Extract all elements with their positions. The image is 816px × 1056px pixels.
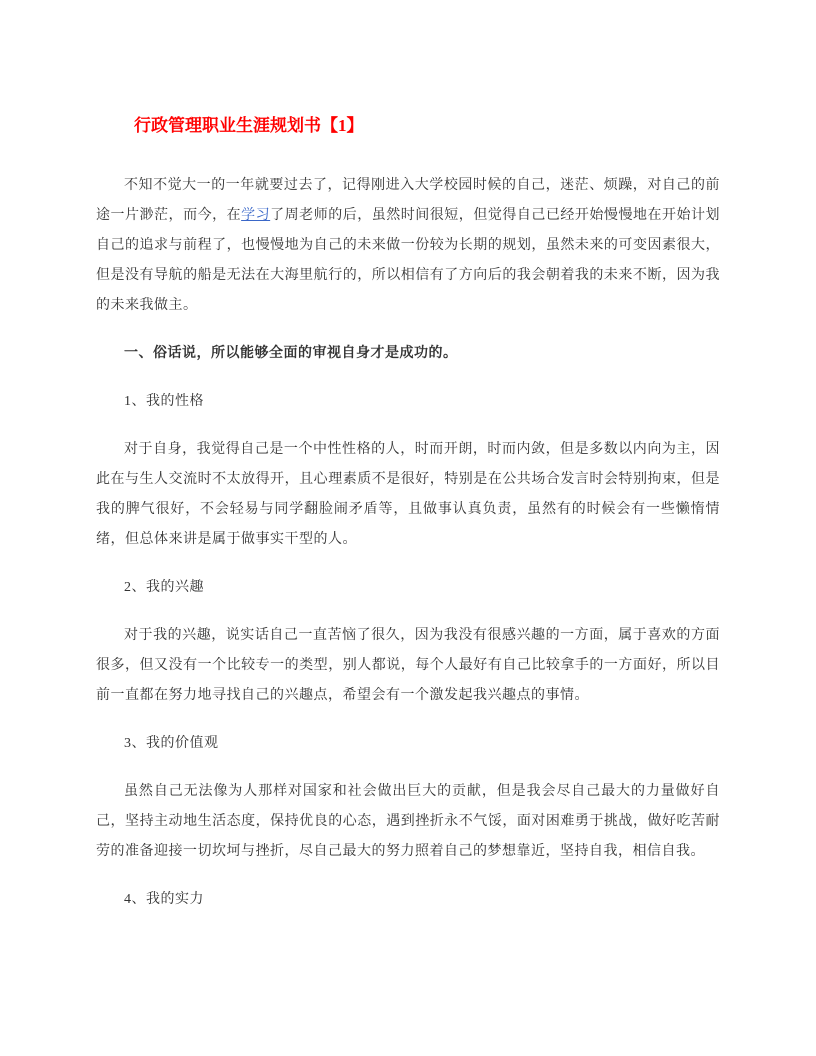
item-label-strength: 4、我的实力 bbox=[96, 885, 720, 915]
intro-paragraph: 不知不觉大一的一年就要过去了，记得刚进入大学校园时候的自己，迷茫、烦躁，对自己的… bbox=[96, 171, 720, 321]
document-title: 行政管理职业生涯规划书【1】 bbox=[96, 113, 720, 139]
section-heading: 一、俗话说，所以能够全面的审视自身才是成功的。 bbox=[96, 339, 720, 369]
item-label-values: 3、我的价值观 bbox=[96, 729, 720, 759]
item-body-values: 虽然自己无法像为人那样对国家和社会做出巨大的贡献，但是我会尽自己最大的力量做好自… bbox=[96, 777, 720, 867]
item-label-interests: 2、我的兴趣 bbox=[96, 573, 720, 603]
item-body-personality: 对于自身，我觉得自己是一个中性性格的人，时而开朗，时而内敛，但是多数以内向为主，… bbox=[96, 435, 720, 555]
intro-text-after-link: 了周老师的后，虽然时间很短，但觉得自己已经开始慢慢地在开始计划自己的追求与前程了… bbox=[96, 208, 720, 313]
document-page: 行政管理职业生涯规划书【1】 不知不觉大一的一年就要过去了，记得刚进入大学校园时… bbox=[0, 0, 816, 1056]
xuexi-hyperlink[interactable]: 学习 bbox=[241, 208, 270, 223]
item-label-personality: 1、我的性格 bbox=[96, 387, 720, 417]
item-body-interests: 对于我的兴趣，说实话自己一直苦恼了很久，因为我没有很感兴趣的一方面，属于喜欢的方… bbox=[96, 621, 720, 711]
